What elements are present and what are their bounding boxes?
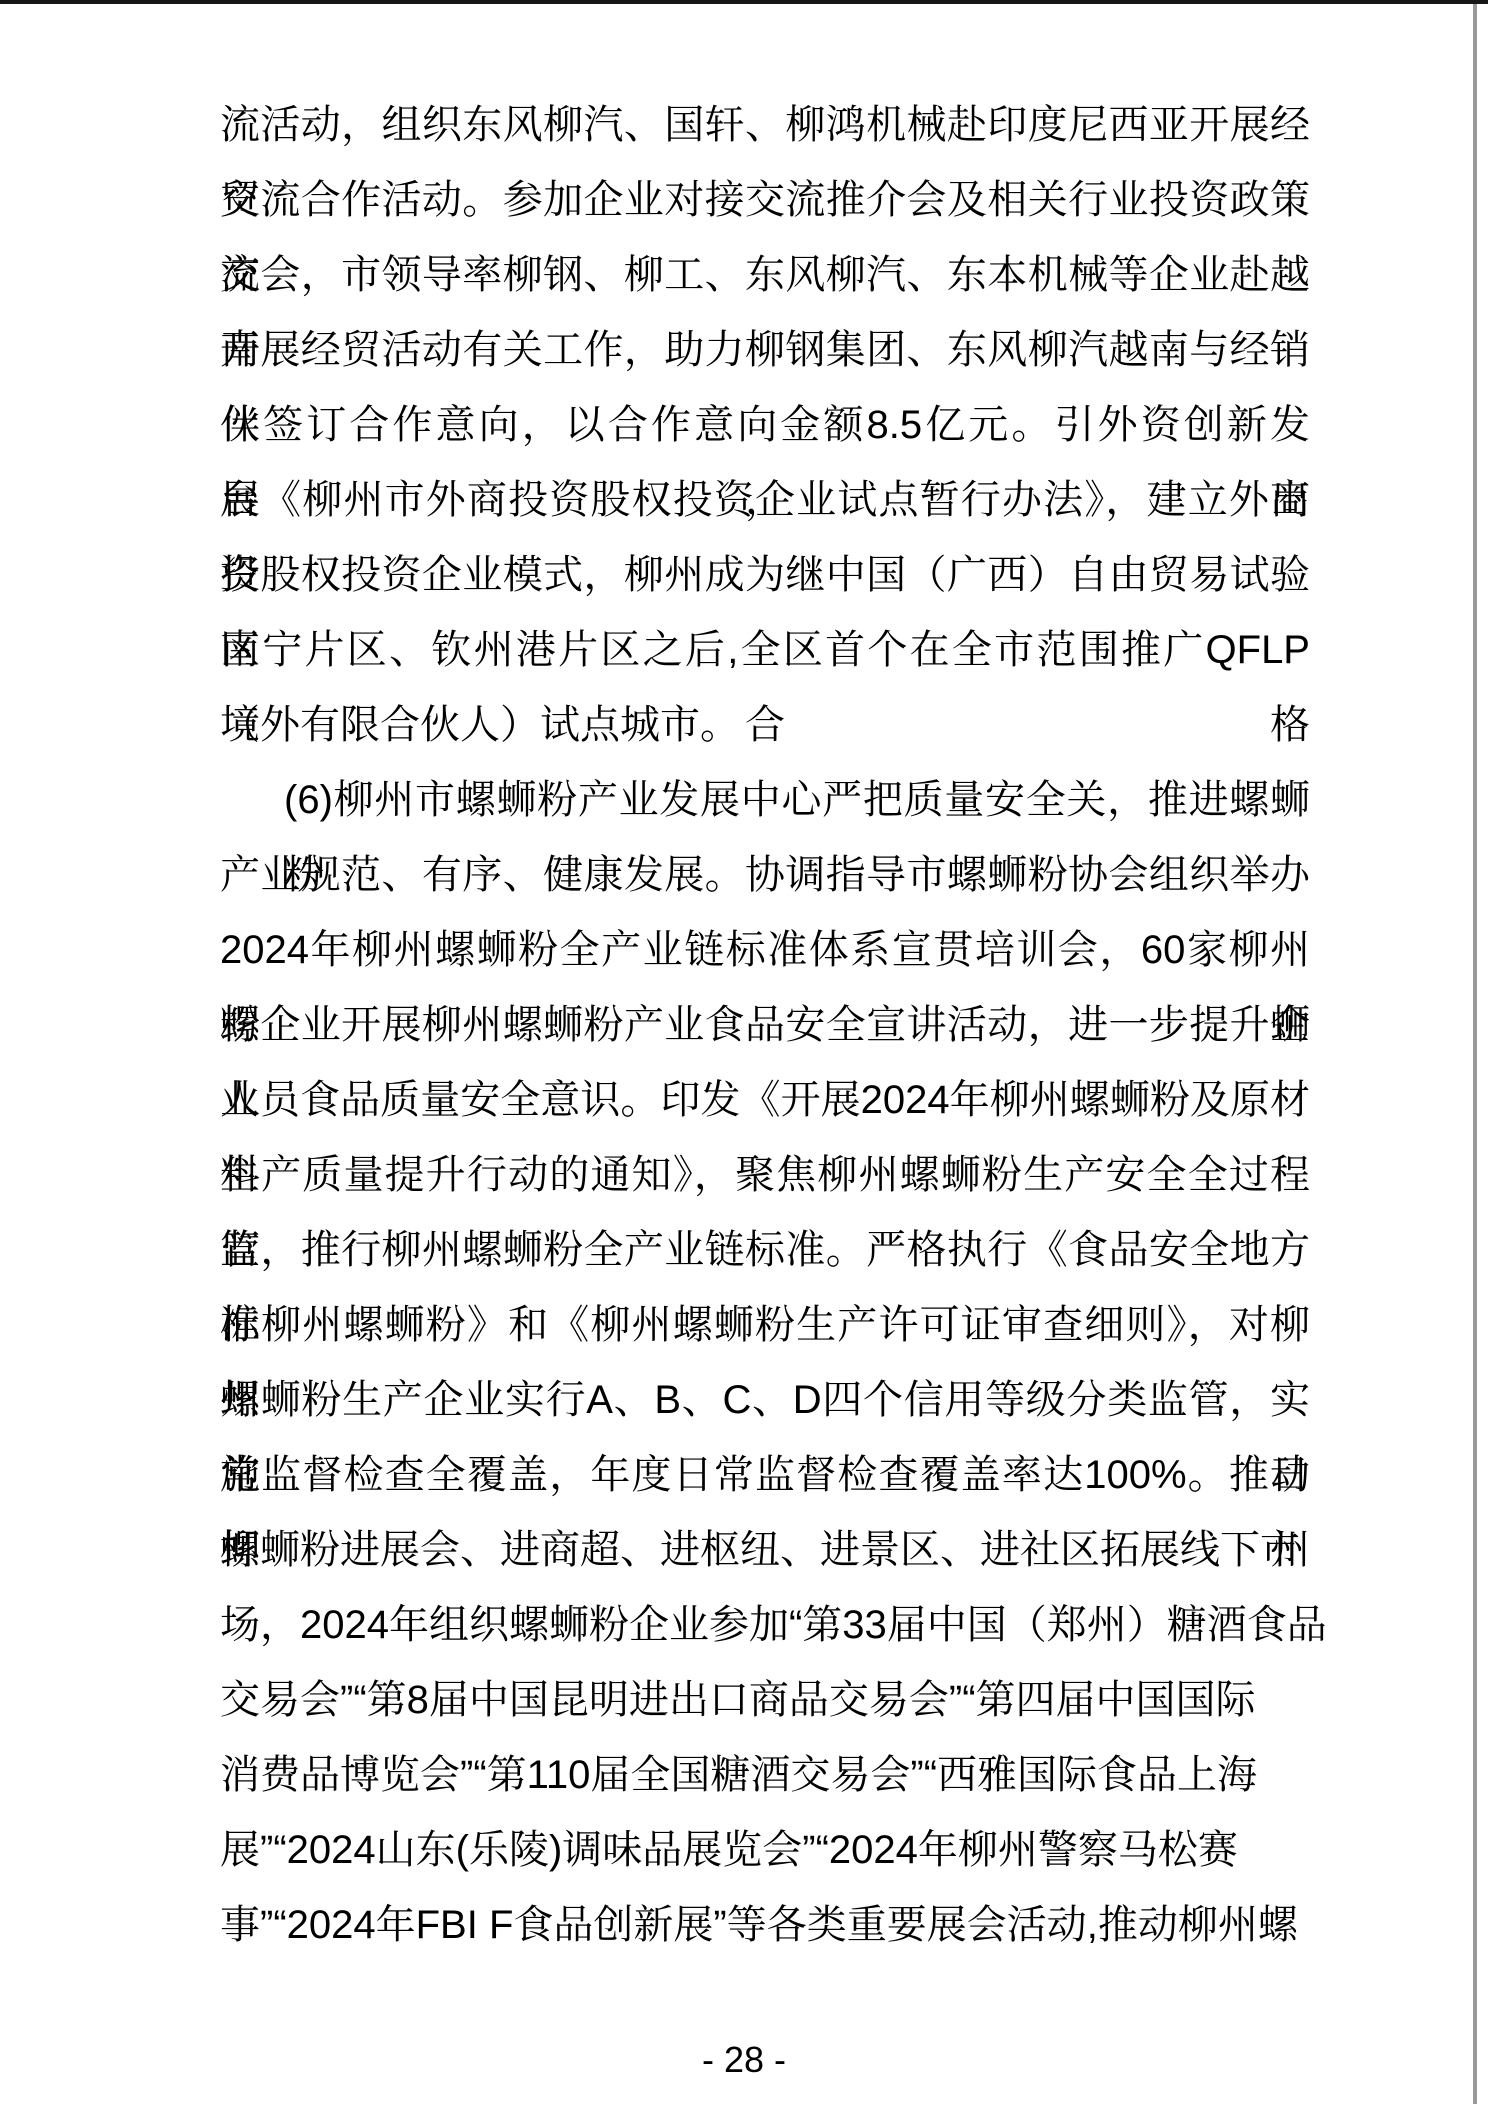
text-line: 展”“2024山东(乐陵)调味品展览会”“2024年柳州警察马松赛 [220, 1813, 1310, 1888]
text-line: 南宁片区、钦州港片区之后,全区首个在全市范围推广QFLP（合格 [220, 613, 1310, 688]
text-line: 2024年柳州螺蛳粉全产业链标准体系宣贯培训会，60家柳州螺蛳 [220, 913, 1310, 988]
text-line: 管，推行柳州螺蛳粉全产业链标准。严格执行《食品安全地方标 [220, 1213, 1310, 1288]
text-line: 准柳州螺蛳粉》和《柳州螺蛳粉生产许可证审查细则》，对柳州 [220, 1288, 1310, 1363]
text-line: 产业规范、有序、健康发展。协调指导市螺蛳粉协会组织举办 [220, 838, 1310, 913]
text-line: 螺蛳粉生产企业实行A、B、C、D四个信用等级分类监管，实施日 [220, 1363, 1310, 1438]
document-page: 流活动，组织东风柳汽、国轩、柳鸿机械赴印度尼西亚开展经贸 交流合作活动。参加企业… [0, 0, 1488, 2104]
text-line: 消费品博览会”“第110届全国糖酒交易会”“西雅国际食品上海 [220, 1738, 1310, 1813]
text-line: 常监督检查全覆盖，年度日常监督检查覆盖率达100%。推动柳州 [220, 1438, 1310, 1513]
text-line: 流活动，组织东风柳汽、国轩、柳鸿机械赴印度尼西亚开展经贸 [220, 88, 1310, 163]
text-line: 交易会”“第8届中国昆明进出口商品交易会”“第四届中国国际 [220, 1663, 1310, 1738]
text-line: 流会，市领导率柳钢、柳工、东风柳汽、东本机械等企业赴越南 [220, 238, 1310, 313]
page-number: - 28 - [0, 2040, 1488, 2080]
text-line-paragraph-start: (6)柳州市螺蛳粉产业发展中心严把质量安全关，推进螺蛳粉 [220, 763, 1310, 838]
text-line: 螺蛳粉进展会、进商超、进枢纽、进景区、进社区拓展线下市 [220, 1513, 1310, 1588]
text-line: 开展经贸活动有关工作，助力柳钢集团、东风柳汽越南与经销伙 [220, 313, 1310, 388]
text-line: 场，2024年组织螺蛳粉企业参加“第33届中国（郑州）糖酒食品 [220, 1588, 1310, 1663]
text-line: 资股权投资企业模式，柳州成为继中国（广西）自由贸易试验区 [220, 538, 1310, 613]
text-line: 伴签订合作意向，以合作意向金额8.5亿元。引外资创新发展，出 [220, 388, 1310, 463]
text-line: 生产质量提升行动的通知》，聚焦柳州螺蛳粉生产安全全过程监 [220, 1138, 1310, 1213]
text-line: 台《柳州市外商投资股权投资企业试点暂行办法》，建立外商投 [220, 463, 1310, 538]
text-line: 交流合作活动。参加企业对接交流推介会及相关行业投资政策交 [220, 163, 1310, 238]
text-line: 人员食品质量安全意识。印发《开展2024年柳州螺蛳粉及原材料 [220, 1063, 1310, 1138]
scan-artifact-right-edge-line [1473, 4, 1477, 2104]
document-body-text: 流活动，组织东风柳汽、国轩、柳鸿机械赴印度尼西亚开展经贸 交流合作活动。参加企业… [220, 88, 1310, 1963]
text-line: 事”“2024年FBI F食品创新展”等各类重要展会活动,推动柳州螺 [220, 1888, 1310, 1963]
scan-artifact-top-strip [0, 0, 1488, 4]
text-line: 粉企业开展柳州螺蛳粉产业食品安全宣讲活动，进一步提升企业 [220, 988, 1310, 1063]
